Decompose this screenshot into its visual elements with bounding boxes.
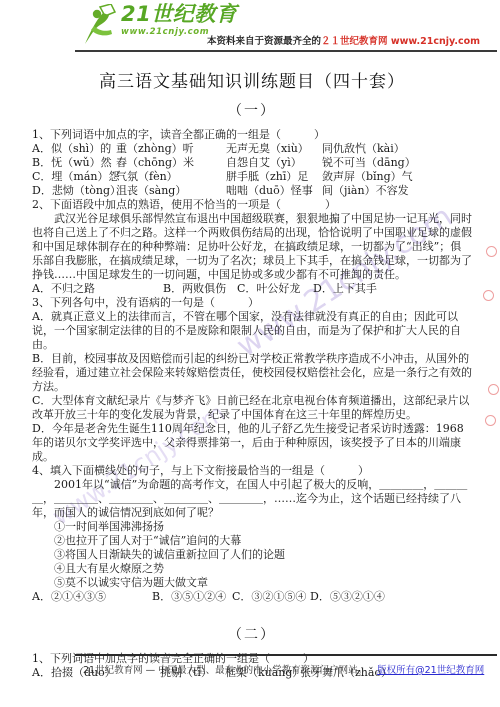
option-cell: B．怃（wǔ）然 bbox=[32, 156, 116, 170]
q4-option-c: C．③②①⑤④ bbox=[232, 590, 310, 604]
q2-option-d: D．上下其手 bbox=[313, 282, 472, 296]
header-divider bbox=[75, 50, 497, 52]
q3-stem: 3、下列各句中，没有语病的一句是（ ） bbox=[32, 296, 472, 310]
option-cell: C．埋（mán）怨 bbox=[32, 170, 116, 184]
option-cell: 自怨自艾（yì） bbox=[226, 156, 322, 170]
red-circle-stamp bbox=[485, 415, 496, 426]
red-circle-stamp bbox=[486, 246, 497, 257]
brand-name: 21世纪教育 bbox=[121, 4, 237, 25]
q4-paragraph: 2001年以“诚信”为命题的高考作文，在国人中引起了极大的反响，＿＿＿＿，＿＿＿… bbox=[32, 478, 472, 520]
q3-option-c: C．大型体育文献纪录片《与梦齐飞》日前已经在北京电视台体育频道播出，这部纪录片以… bbox=[32, 394, 472, 422]
footer: 21世纪教育网 — 中国最大型、最专业的中小学教育资源门户网站。 版权所有@21… bbox=[83, 662, 493, 676]
option-cell: 无声无臭（xiù） bbox=[226, 142, 322, 156]
option-cell: A．似（shì）的 bbox=[32, 142, 116, 156]
page-title: 高三语文基础知识训练题目（四十套） bbox=[32, 72, 472, 92]
document-page: 21世纪教育 www.21cnjy.com 本资料来自于资源最齐全的２１世纪教育… bbox=[0, 0, 500, 707]
option-cell: 同仇敌忾（kài） bbox=[322, 142, 472, 156]
option-cell: 间（jiàn）不容发 bbox=[322, 184, 472, 198]
q2-options-row: A．不归之路 B．两败俱伤 C．叶公好龙 D．上下其手 bbox=[32, 282, 472, 296]
option-cell: 敛声屏（bǐng）气 bbox=[322, 170, 472, 184]
q1-stem: 1、下列词语中加点的字，读音全都正确的一组是（ ） bbox=[32, 128, 472, 142]
footer-site-text: 21世纪教育网 — 中国最大型、最专业的中小学教育资源门户网站。 bbox=[83, 662, 367, 676]
q4-options-row: A．②①④③⑤ B．③⑤①②④ C．③②①⑤④ D．⑤③②①④ bbox=[32, 590, 472, 604]
q4-item-4: ④且大有星火燎原之势 bbox=[32, 562, 472, 576]
q2-option-c: C．叶公好龙 bbox=[237, 282, 313, 296]
notice-highlight-text: ２１世纪教育网 www.21cnjy.com bbox=[321, 36, 480, 47]
option-cell: 锐不可当（dāng） bbox=[322, 156, 472, 170]
q4-option-b: B．③⑤①②④ bbox=[152, 590, 232, 604]
section-1-heading: （一） bbox=[32, 104, 472, 118]
q2-option-a: A．不归之路 bbox=[32, 282, 163, 296]
section-2-heading: （二） bbox=[32, 628, 472, 642]
option-cell: 胼手胝（zhī）足 bbox=[226, 170, 322, 184]
q3-option-d: D．今年是老舍先生诞生110周年纪念日，他的儿子舒乙先生接受记者采访时透露：19… bbox=[32, 422, 472, 464]
q4-item-5: ⑤莫不以诚实守信为题大做文章 bbox=[32, 576, 472, 590]
notice-plain-text: 本资料来自于资源最齐全的 bbox=[207, 36, 321, 47]
q1-option-row-c: C．埋（mán）怨 气氛（fèn） 胼手胝（zhī）足 敛声屏（bǐng）气 bbox=[32, 170, 472, 184]
q1-option-row-b: B．怃（wǔ）然 舂（chōng）米 自怨自艾（yì） 锐不可当（dāng） bbox=[32, 156, 472, 170]
footer-divider bbox=[75, 654, 497, 656]
option-cell: 沮丧（sàng） bbox=[116, 184, 226, 198]
q2-option-b: B．两败俱伤 bbox=[163, 282, 237, 296]
runner-mascot-icon bbox=[84, 4, 118, 50]
footer-copyright-link[interactable]: 版权所有@21世纪教育网 bbox=[377, 662, 484, 676]
q2-stem: 2、下面语段中加点的熟语，使用不恰当的一项是（ ） bbox=[32, 198, 472, 212]
q4-stem: 4、填入下面横线处的句子，与上下文衔接最恰当的一组是（ ） bbox=[32, 464, 472, 478]
option-cell: 舂（chōng）米 bbox=[116, 156, 226, 170]
q4-item-2: ②也拉开了国人对于“诚信”追问的大幕 bbox=[32, 534, 472, 548]
q3-option-b: B．目前，校园事故及因赔偿而引起的纠纷已对学校正常教学秩序造成不小冲击，从国外的… bbox=[32, 352, 472, 394]
q3-option-a: A．就真正意义上的法律而言，不管在哪个国家，没有法律就没有真正的自由；因此可以说… bbox=[32, 310, 472, 352]
q1-option-row-d: D．悲恸（tòng） 沮丧（sàng） 咄咄（duō）怪事 间（jiàn）不容发 bbox=[32, 184, 472, 198]
red-circle-stamp bbox=[488, 384, 499, 395]
q4-item-1: ①一时间举国沸沸扬扬 bbox=[32, 520, 472, 534]
q2-paragraph: 武汉光谷足球俱乐部悍然宣布退出中国超级联赛，狠狠地搧了中国足协一记耳光，同时也将… bbox=[32, 212, 472, 282]
document-body: 高三语文基础知识训练题目（四十套） （一） 1、下列词语中加点的字，读音全都正确… bbox=[32, 68, 472, 680]
option-cell: 气氛（fèn） bbox=[116, 170, 226, 184]
red-circle-stamp bbox=[483, 290, 494, 301]
option-cell: 咄咄（duō）怪事 bbox=[226, 184, 322, 198]
q4-option-a: A．②①④③⑤ bbox=[32, 590, 152, 604]
option-cell: 重（zhòng）听 bbox=[116, 142, 226, 156]
q1-option-row-a: A．似（shì）的 重（zhòng）听 无声无臭（xiù） 同仇敌忾（kài） bbox=[32, 142, 472, 156]
option-cell: D．悲恸（tòng） bbox=[32, 184, 116, 198]
q4-option-d: D．⑤③②①④ bbox=[310, 590, 472, 604]
resource-notice: 本资料来自于资源最齐全的２１世纪教育网 www.21cnjy.com bbox=[207, 33, 480, 47]
q4-item-3: ③将国人日渐缺失的诚信重新拉回了人们的论题 bbox=[32, 548, 472, 562]
